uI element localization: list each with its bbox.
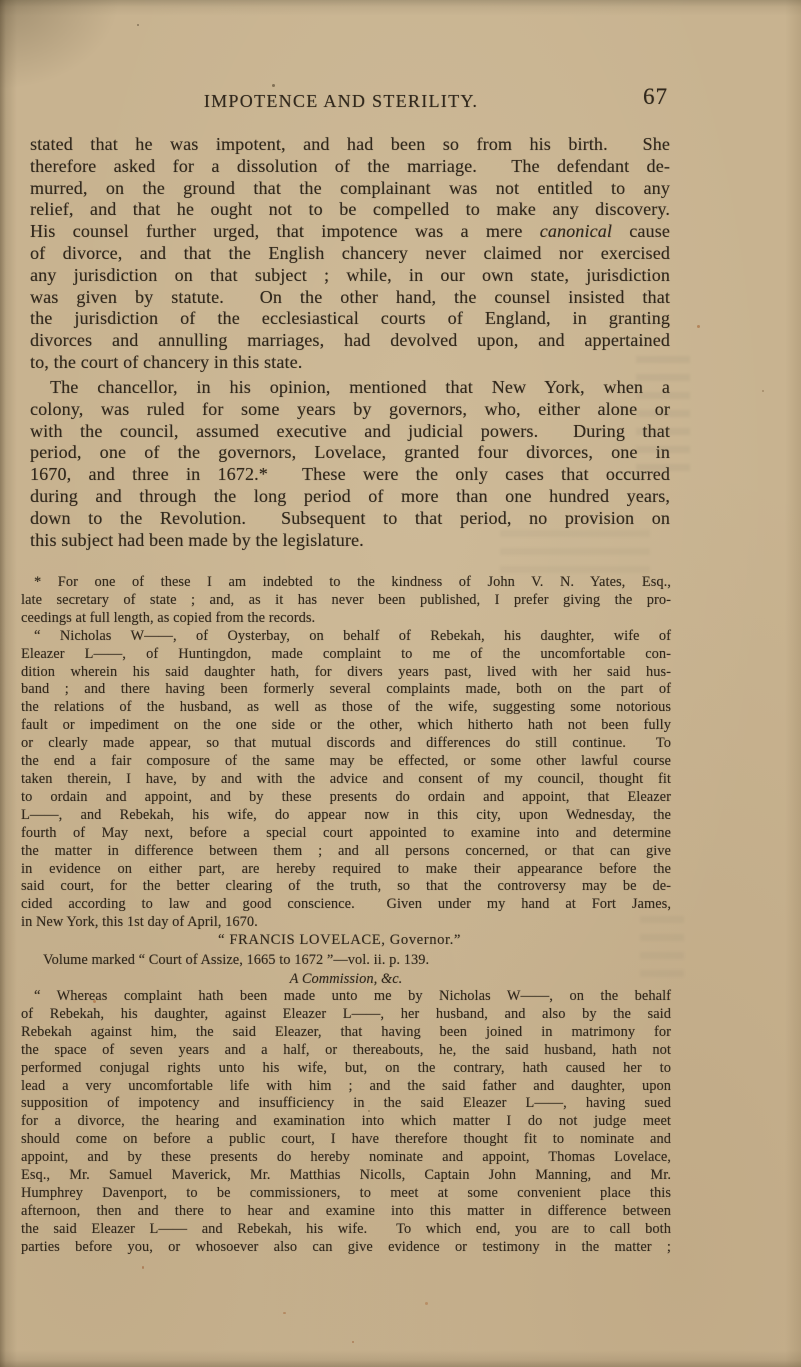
text-line: any jurisdiction on that subject ; while… <box>30 265 670 287</box>
paper-speck <box>283 1312 286 1314</box>
text-line: Rebekah against him, the said Eleazer, t… <box>21 1024 671 1042</box>
text-line: should come on before a public court, I … <box>21 1131 671 1149</box>
text-line: during and through the long period of mo… <box>30 486 670 508</box>
paragraph-2: The chancellor, in his opinion, mentione… <box>30 377 670 551</box>
text-line: to, the court of chancery in this state. <box>30 352 670 374</box>
text-line: Humphrey Davenport, to be commissioners,… <box>21 1185 671 1203</box>
footnote-commission-heading: A Commission, &c. <box>21 971 671 989</box>
footnote-asterisk-line: * For one of these I am indebted to the … <box>21 574 671 592</box>
text-line: for a divorce, the hearing and examinati… <box>21 1113 671 1131</box>
text-line: cided according to law and good conscien… <box>21 896 671 914</box>
text-line: this subject had been made by the legisl… <box>30 530 670 552</box>
text-line: of Rebekah, his daughter, against Eleaze… <box>21 1006 671 1024</box>
text-line: colony, was ruled for some years by gove… <box>30 399 670 421</box>
text-line: was given by statute. On the other hand,… <box>30 287 670 309</box>
text-line: said court, for the better clearing of t… <box>21 878 671 896</box>
text-line: stated that he was impotent, and had bee… <box>30 134 670 156</box>
text-line: Esq., Mr. Samuel Maverick, Mr. Matthias … <box>21 1167 671 1185</box>
paper-speck <box>352 1341 354 1343</box>
text-line: afternoon, then and there to hear and ex… <box>21 1203 671 1221</box>
text-line: parties before you, or whosoever also ca… <box>21 1239 671 1257</box>
book-page-scan: IMPOTENCE AND STERILITY. 67 stated that … <box>0 0 801 1367</box>
text-line: appoint, and by these presents do hereby… <box>21 1149 671 1167</box>
text-line: divorces and annulling marriages, had de… <box>30 330 670 352</box>
text-segment: His counsel further urged, that impotenc… <box>30 221 540 241</box>
text-line: Eleazer L——, of Huntingdon, made complai… <box>21 646 671 664</box>
italic-word-canonical: canonical <box>540 221 612 241</box>
text-line: the end a fair composure of the same may… <box>21 753 671 771</box>
footnote-volume-reference: Volume marked “ Court of Assize, 1665 to… <box>43 952 671 970</box>
text-line: the space of seven years and a half, or … <box>21 1042 671 1060</box>
paper-speck <box>697 325 700 328</box>
text-line: L——, and Rebekah, his wife, do appear no… <box>21 807 671 825</box>
text-line: the said Eleazer L—— and Rebekah, his wi… <box>21 1221 671 1239</box>
text-line: murred, on the ground that the complaina… <box>30 178 670 200</box>
text-line: fourth of May next, before a special cou… <box>21 825 671 843</box>
text-line: relief, and that he ought not to be comp… <box>30 199 670 221</box>
text-line: the relations of the husband, as well as… <box>21 699 671 717</box>
text-line: late secretary of state ; and, as it has… <box>21 592 671 610</box>
paper-speck <box>762 390 764 392</box>
footnote-part-2: “ Whereas complaint hath been made unto … <box>21 988 671 1257</box>
text-line: or clearly made appear, so that mutual d… <box>21 735 671 753</box>
text-line: dition wherein his said daughter hath, f… <box>21 664 671 682</box>
text-line: ceedings at full length, as copied from … <box>21 610 671 628</box>
page-corner-shadow <box>0 0 120 90</box>
paragraph-1: stated that he was impotent, and had bee… <box>30 134 670 374</box>
text-line: taken therein, I have, by and with the a… <box>21 771 671 789</box>
paper-speck <box>425 1302 428 1305</box>
text-line: the matter in difference between them ; … <box>21 843 671 861</box>
text-line: 1670, and three in 1672.* These were the… <box>30 464 670 486</box>
text-segment: cause <box>612 221 670 241</box>
paper-speck <box>137 24 139 26</box>
text-line: “ Whereas complaint hath been made unto … <box>21 988 671 1006</box>
text-line: “ Nicholas W——, of Oysterbay, on behalf … <box>21 628 671 646</box>
paper-speck <box>272 84 275 87</box>
text-line: therefore asked for a dissolution of the… <box>30 156 670 178</box>
text-line: lead a very uncomfortable life with him … <box>21 1078 671 1096</box>
text-line: fault or impediment on the one side or t… <box>21 717 671 735</box>
text-line: The chancellor, in his opinion, mentione… <box>30 377 670 399</box>
text-line: period, one of the governors, Lovelace, … <box>30 442 670 464</box>
text-line: performed conjugal rights unto his wife,… <box>21 1060 671 1078</box>
footnote-part-1: * For one of these I am indebted to the … <box>21 574 671 932</box>
text-line: band ; and there having been formerly se… <box>21 681 671 699</box>
text-line: the jurisdiction of the ecclesiastical c… <box>30 308 670 330</box>
text-line: with the council, assumed executive and … <box>30 421 670 443</box>
page-number: 67 <box>560 84 668 110</box>
text-line: supposition of impotency and insufficien… <box>21 1095 671 1113</box>
text-line: in New York, this 1st day of April, 1670… <box>21 914 671 932</box>
paper-speck <box>142 1266 144 1269</box>
footnote-signature-line: “ FRANCIS LOVELACE, Governor.” <box>218 932 461 950</box>
text-line: down to the Revolution. Subsequent to th… <box>30 508 670 530</box>
text-line: in evidence on either part, are hereby r… <box>21 861 671 879</box>
text-line: to ordain and appoint, and by these pres… <box>21 789 671 807</box>
text-line: His counsel further urged, that impotenc… <box>30 221 670 243</box>
text-line: of divorce, and that the English chancer… <box>30 243 670 265</box>
